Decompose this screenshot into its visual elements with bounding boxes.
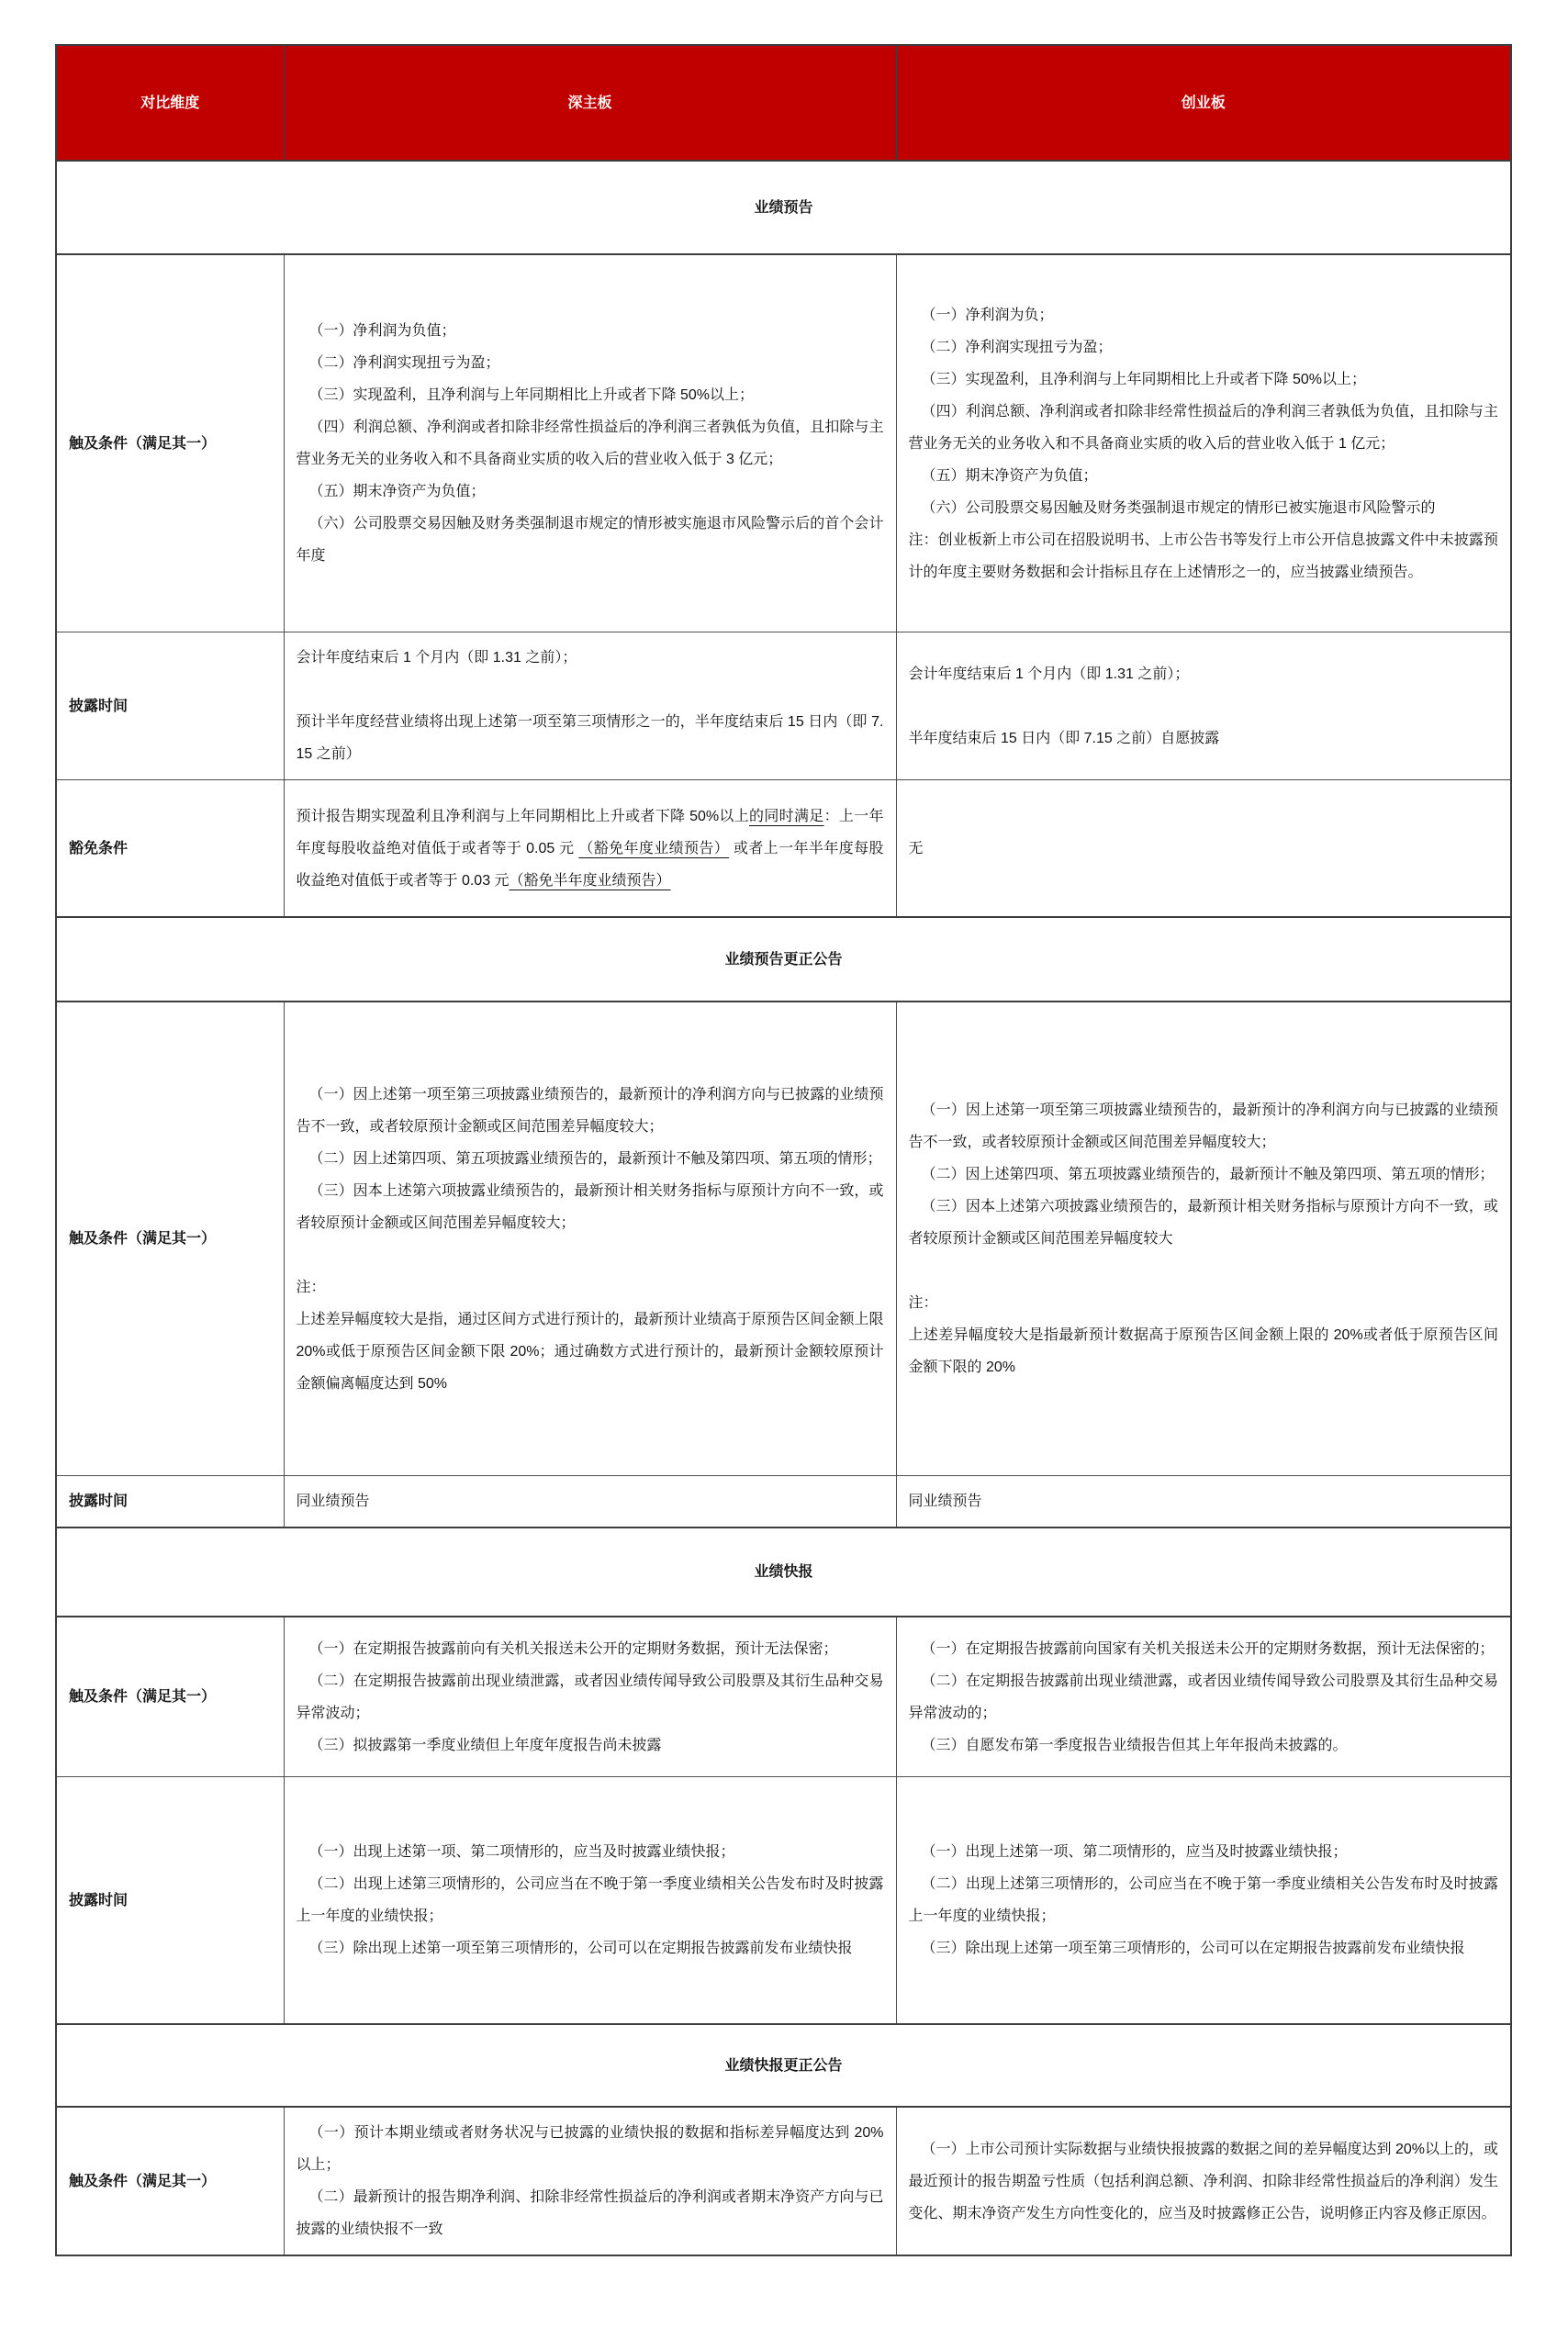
chi-cell: 无: [896, 780, 1511, 918]
cell-paragraph: （二）最新预计的报告期净利润、扣除非经常性损益后的净利润或者期末净资产方向与已披…: [297, 2181, 884, 2245]
cell-paragraph: （三）因本上述第六项披露业绩预告的，最新预计相关财务指标与原预计方向不一致，或者…: [297, 1175, 884, 1239]
cell-paragraph: （一）因上述第一项至第三项披露业绩预告的，最新预计的净利润方向与已披露的业绩预告…: [297, 1079, 884, 1143]
cell-paragraph: （一）出现上述第一项、第二项情形的，应当及时披露业绩快报；: [297, 1836, 884, 1868]
label-cell: 披露时间: [56, 632, 284, 780]
shen-cell: （一）预计本期业绩或者财务状况与已披露的业绩快报的数据和指标差异幅度达到 20%…: [284, 2107, 896, 2255]
underlined-segment: （豁免半年度业绩预告）: [510, 873, 671, 889]
cell-paragraph: （一）因上述第一项至第三项披露业绩预告的，最新预计的净利润方向与已披露的业绩预告…: [909, 1094, 1499, 1158]
cell-note: 上述差异幅度较大是指最新预计数据高于原预告区间金额上限的 20%或者低于原预告区…: [909, 1319, 1499, 1383]
cell-paragraph: （五）期末净资产为负值；: [297, 476, 884, 508]
section-row-express-correction: 业绩快报更正公告: [56, 2024, 1511, 2107]
cell-paragraph: （三）自愿发布第一季度报告业绩报告但其上年年报尚未披露的。: [909, 1729, 1499, 1762]
table-row: 触及条件（满足其一） （一）预计本期业绩或者财务状况与已披露的业绩快报的数据和指…: [56, 2107, 1511, 2255]
label-cell: 触及条件（满足其一）: [56, 1002, 284, 1476]
section-title: 业绩预告更正公告: [56, 917, 1511, 1002]
cell-paragraph: （四）利润总额、净利润或者扣除非经常性损益后的净利润三者孰低为负值，且扣除与主营…: [297, 411, 884, 476]
table-row: 触及条件（满足其一） （一）净利润为负值； （二）净利润实现扭亏为盈； （三）实…: [56, 254, 1511, 632]
cell-paragraph: 半年度结束后 15 日内（即 7.15 之前）自愿披露: [909, 722, 1499, 755]
cell-paragraph: （三）实现盈利，且净利润与上年同期相比上升或者下降 50%以上；: [909, 364, 1499, 396]
header-cell-shen: 深主板: [284, 45, 896, 161]
chi-cell: （一）出现上述第一项、第二项情形的，应当及时披露业绩快报； （二）出现上述第三项…: [896, 1777, 1511, 2025]
cell-paragraph: （二）在定期报告披露前出现业绩泄露，或者因业绩传闻导致公司股票及其衍生品种交易异…: [909, 1665, 1499, 1729]
chi-cell: 同业绩预告: [896, 1476, 1511, 1528]
cell-paragraph: 会计年度结束后 1 个月内（即 1.31 之前）；: [909, 658, 1499, 690]
cell-paragraph: （一）在定期报告披露前向国家有关机关报送未公开的定期财务数据，预计无法保密的；: [909, 1633, 1499, 1665]
cell-paragraph: （一）出现上述第一项、第二项情形的，应当及时披露业绩快报；: [909, 1836, 1499, 1868]
shen-cell: （一）出现上述第一项、第二项情形的，应当及时披露业绩快报； （二）出现上述第三项…: [284, 1777, 896, 2025]
header-cell-chi: 创业板: [896, 45, 1511, 161]
cell-paragraph: （一）在定期报告披露前向有关机关报送未公开的定期财务数据，预计无法保密；: [297, 1633, 884, 1665]
cell-note-label: 注：: [909, 1287, 1499, 1319]
cell-paragraph: （二）出现上述第三项情形的，公司应当在不晚于第一季度业绩相关公告发布时及时披露上…: [909, 1868, 1499, 1932]
chi-cell: （一）净利润为负； （二）净利润实现扭亏为盈； （三）实现盈利，且净利润与上年同…: [896, 254, 1511, 632]
section-row-express-report: 业绩快报: [56, 1527, 1511, 1617]
label-cell: 触及条件（满足其一）: [56, 1617, 284, 1777]
shen-cell: （一）因上述第一项至第三项披露业绩预告的，最新预计的净利润方向与已披露的业绩预告…: [284, 1002, 896, 1476]
cell-paragraph: （二）在定期报告披露前出现业绩泄露，或者因业绩传闻导致公司股票及其衍生品种交易异…: [297, 1665, 884, 1729]
cell-paragraph: （三）拟披露第一季度业绩但上年度年度报告尚未披露: [297, 1729, 884, 1762]
section-title: 业绩预告: [56, 161, 1511, 254]
table-row: 披露时间 （一）出现上述第一项、第二项情形的，应当及时披露业绩快报； （二）出现…: [56, 1777, 1511, 2025]
chi-cell: 会计年度结束后 1 个月内（即 1.31 之前）； 半年度结束后 15 日内（即…: [896, 632, 1511, 780]
section-row-forecast: 业绩预告: [56, 161, 1511, 254]
cell-paragraph: （六）公司股票交易因触及财务类强制退市规定的情形已被实施退市风险警示的: [909, 492, 1499, 524]
cell-paragraph: （二）因上述第四项、第五项披露业绩预告的，最新预计不触及第四项、第五项的情形；: [297, 1143, 884, 1175]
cell-paragraph: （三）除出现上述第一项至第三项情形的，公司可以在定期报告披露前发布业绩快报: [297, 1932, 884, 1964]
cell-paragraph: （三）因本上述第六项披露业绩预告的，最新预计相关财务指标与原预计方向不一致，或者…: [909, 1191, 1499, 1255]
cell-paragraph: （三）除出现上述第一项至第三项情形的，公司可以在定期报告披露前发布业绩快报: [909, 1932, 1499, 1964]
chi-cell: （一）在定期报告披露前向国家有关机关报送未公开的定期财务数据，预计无法保密的； …: [896, 1617, 1511, 1777]
cell-paragraph: （二）因上述第四项、第五项披露业绩预告的，最新预计不触及第四项、第五项的情形；: [909, 1158, 1499, 1191]
cell-paragraph: （五）期末净资产为负值；: [909, 460, 1499, 492]
label-cell: 触及条件（满足其一）: [56, 2107, 284, 2255]
cell-paragraph: 预计报告期实现盈利且净利润与上年同期相比上升或者下降 50%以上的同时满足：上一…: [297, 800, 884, 897]
cell-paragraph: （二）净利润实现扭亏为盈；: [909, 331, 1499, 364]
table-row: 豁免条件 预计报告期实现盈利且净利润与上年同期相比上升或者下降 50%以上的同时…: [56, 780, 1511, 918]
section-title: 业绩快报: [56, 1527, 1511, 1617]
label-cell: 披露时间: [56, 1777, 284, 2025]
chi-cell: （一）因上述第一项至第三项披露业绩预告的，最新预计的净利润方向与已披露的业绩预告…: [896, 1002, 1511, 1476]
cell-paragraph: （一）净利润为负值；: [297, 315, 884, 347]
cell-paragraph: 同业绩预告: [297, 1485, 884, 1517]
shen-cell: （一）净利润为负值； （二）净利润实现扭亏为盈； （三）实现盈利，且净利润与上年…: [284, 254, 896, 632]
cell-paragraph: 同业绩预告: [909, 1485, 1499, 1517]
table-row: 触及条件（满足其一） （一）在定期报告披露前向有关机关报送未公开的定期财务数据，…: [56, 1617, 1511, 1777]
cell-paragraph: （四）利润总额、净利润或者扣除非经常性损益后的净利润三者孰低为负值，且扣除与主营…: [909, 396, 1499, 460]
table-row: 披露时间 会计年度结束后 1 个月内（即 1.31 之前）； 预计半年度经营业绩…: [56, 632, 1511, 780]
label-cell: 触及条件（满足其一）: [56, 254, 284, 632]
header-cell-dimension: 对比维度: [56, 45, 284, 161]
cell-paragraph: （二）出现上述第三项情形的，公司应当在不晚于第一季度业绩相关公告发布时及时披露上…: [297, 1868, 884, 1932]
shen-cell: 预计报告期实现盈利且净利润与上年同期相比上升或者下降 50%以上的同时满足：上一…: [284, 780, 896, 918]
cell-paragraph: （六）公司股票交易因触及财务类强制退市规定的情形被实施退市风险警示后的首个会计年…: [297, 508, 884, 572]
cell-paragraph: （一）上市公司预计实际数据与业绩快报披露的数据之间的差异幅度达到 20%以上的，…: [909, 2133, 1499, 2230]
cell-note: 注：创业板新上市公司在招股说明书、上市公告书等发行上市公开信息披露文件中未披露预…: [909, 524, 1499, 588]
table-header-row: 对比维度 深主板 创业板: [56, 45, 1511, 161]
cell-paragraph: （一）净利润为负；: [909, 299, 1499, 331]
section-title: 业绩快报更正公告: [56, 2024, 1511, 2107]
label-cell: 披露时间: [56, 1476, 284, 1528]
cell-note: 上述差异幅度较大是指，通过区间方式进行预计的，最新预计业绩高于原预告区间金额上限…: [297, 1304, 884, 1400]
cell-paragraph: （三）实现盈利，且净利润与上年同期相比上升或者下降 50%以上；: [297, 379, 884, 411]
text-segment: 预计报告期实现盈利且净利润与上年同期相比上升或者下降 50%以上: [297, 809, 750, 824]
cell-paragraph: 会计年度结束后 1 个月内（即 1.31 之前）；: [297, 642, 884, 674]
underlined-segment: 的同时满足: [749, 809, 824, 824]
cell-paragraph: （二）净利润实现扭亏为盈；: [297, 347, 884, 379]
comparison-table: 对比维度 深主板 创业板 业绩预告 触及条件（满足其一） （一）净利润为负值； …: [55, 44, 1512, 2256]
shen-cell: 会计年度结束后 1 个月内（即 1.31 之前）； 预计半年度经营业绩将出现上述…: [284, 632, 896, 780]
table-row: 披露时间 同业绩预告 同业绩预告: [56, 1476, 1511, 1528]
section-row-forecast-correction: 业绩预告更正公告: [56, 917, 1511, 1002]
underlined-segment: （豁免年度业绩预告）: [578, 841, 729, 856]
cell-note-label: 注：: [297, 1271, 884, 1304]
label-cell: 豁免条件: [56, 780, 284, 918]
cell-paragraph: （一）预计本期业绩或者财务状况与已披露的业绩快报的数据和指标差异幅度达到 20%…: [297, 2117, 884, 2181]
chi-cell: （一）上市公司预计实际数据与业绩快报披露的数据之间的差异幅度达到 20%以上的，…: [896, 2107, 1511, 2255]
shen-cell: （一）在定期报告披露前向有关机关报送未公开的定期财务数据，预计无法保密； （二）…: [284, 1617, 896, 1777]
table-row: 触及条件（满足其一） （一）因上述第一项至第三项披露业绩预告的，最新预计的净利润…: [56, 1002, 1511, 1476]
shen-cell: 同业绩预告: [284, 1476, 896, 1528]
cell-paragraph: 无: [909, 833, 1499, 865]
cell-paragraph: 预计半年度经营业绩将出现上述第一项至第三项情形之一的，半年度结束后 15 日内（…: [297, 706, 884, 770]
document-page: 对比维度 深主板 创业板 业绩预告 触及条件（满足其一） （一）净利润为负值； …: [0, 0, 1568, 2321]
